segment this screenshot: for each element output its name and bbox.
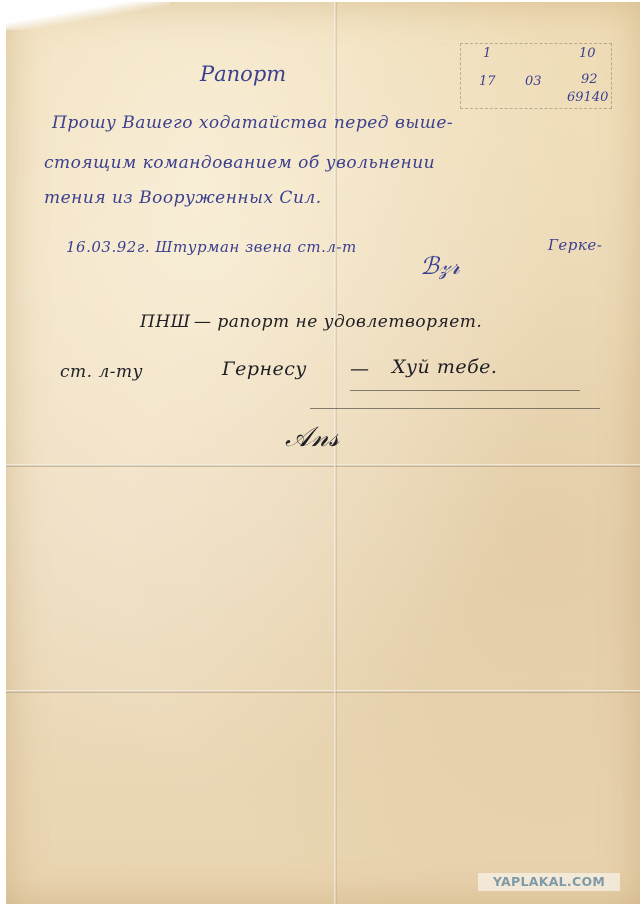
report-line-1: Прошу Вашего ходатайства перед выше- — [52, 113, 453, 133]
fold-crease-upper — [6, 464, 640, 467]
report-title: Рапорт — [200, 62, 286, 86]
stamp-reg-number: 69140 — [567, 90, 608, 105]
underline-2 — [310, 408, 600, 409]
resolution-line-2-prefix: ст. л-ту — [60, 362, 143, 382]
resolution-line-1-text: — рапорт не удовлетворяет. — [194, 312, 482, 332]
stamp-row1-right: 10 — [579, 46, 596, 61]
resolution-verdict: Хуй тебе. — [392, 356, 497, 378]
resolution-line-1-prefix: ПНШ — [140, 312, 191, 332]
stamp-day: 17 — [479, 74, 496, 89]
stamp-year: 92 — [581, 72, 598, 87]
bottom-margin — [0, 904, 640, 912]
resolution-dash: — — [350, 358, 370, 380]
site-watermark: YAPLAKAL.COM — [478, 873, 620, 891]
author-name: Герке- — [548, 236, 602, 254]
report-line-2: стоящим командованием об увольнении — [44, 153, 435, 173]
resolution-addressee: Гернесу — [222, 358, 307, 380]
stamp-row1-left: 1 — [483, 46, 491, 61]
report-date-line: 16.03.92г. Штурман звена ст.л-т — [66, 238, 357, 256]
registration-stamp: 1 10 17 03 92 69140 — [460, 43, 612, 109]
report-line-3: тения из Вооруженных Сил. — [44, 188, 322, 208]
torn-corner — [0, 0, 170, 30]
stamp-month: 03 — [525, 74, 542, 89]
author-signature-mark: ℬ𝓏𝓇 — [420, 252, 460, 280]
fold-crease-lower — [6, 690, 640, 693]
underline-1 — [350, 390, 580, 391]
resolution-signature: 𝒜𝓃𝓈 — [285, 420, 339, 454]
